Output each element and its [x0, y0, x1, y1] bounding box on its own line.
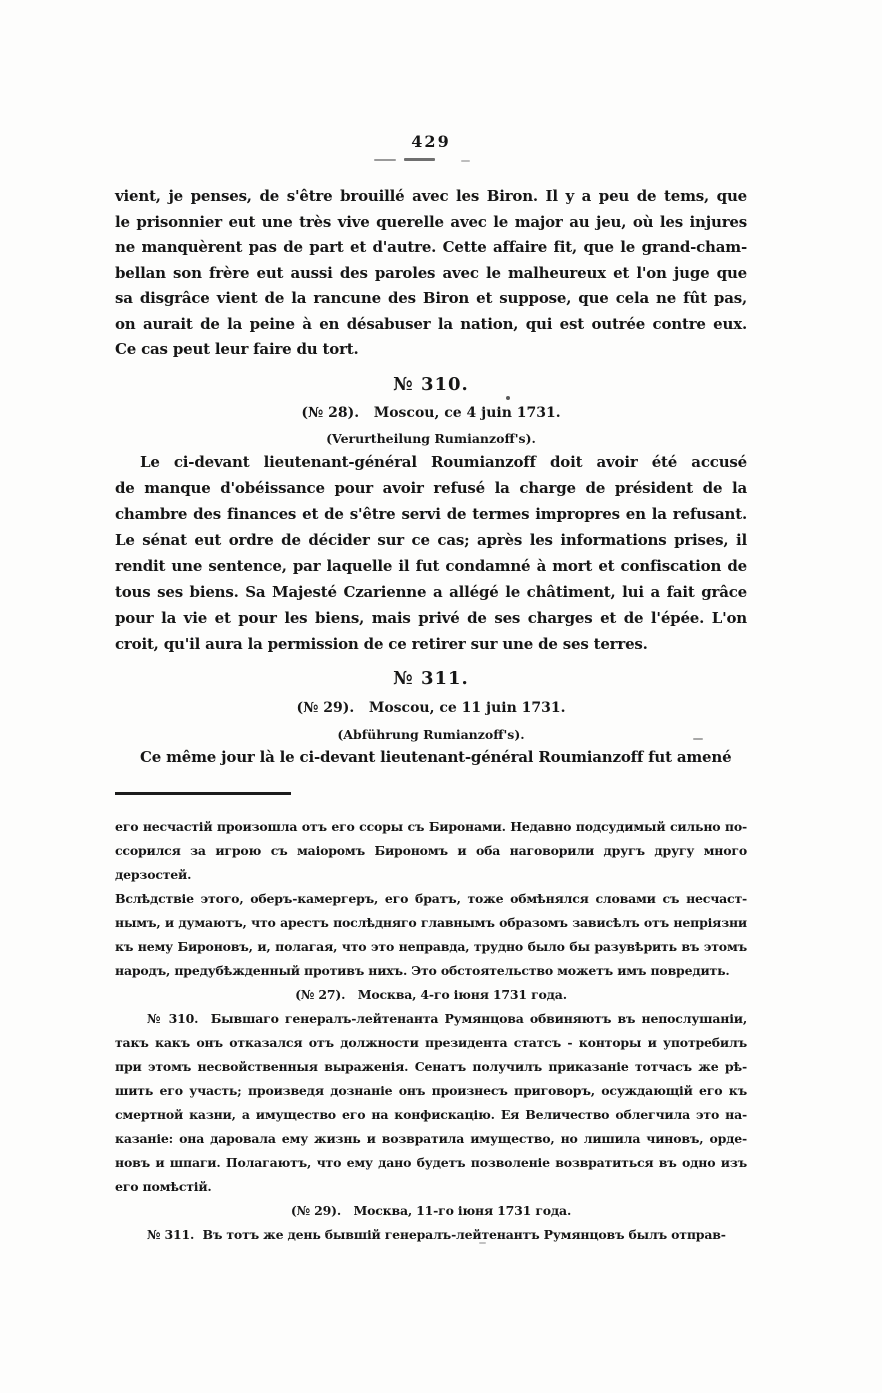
text-line: de manque d'obéissance pour avoir refusé…: [115, 475, 747, 501]
page-number: 429: [115, 132, 747, 151]
text-line: Ce cas peut leur faire du tort.: [115, 337, 747, 363]
document-310-subject: (Verurtheilung Rumianzoff's).: [115, 431, 747, 446]
text-line: rendit une sentence, par laquelle il fut…: [115, 553, 747, 579]
intro-paragraph-continuation: vient, je penses, de s'être brouillé ave…: [115, 184, 747, 363]
text-line: казаніе: она даровала ему жизнь и возвра…: [115, 1127, 747, 1151]
text-line: его несчастій произошла отъ его ссоры съ…: [115, 815, 747, 839]
footnote-310-paragraph: № 310. Бывшаго генералъ-лейтенанта Румян…: [115, 1007, 747, 1199]
text-line: Вслѣдствіе этого, оберъ-камергеръ, его б…: [115, 887, 747, 911]
document-310-dateline: (№ 28). Moscou, ce 4 juin 1731.: [115, 405, 747, 421]
text-line: sa disgrâce vient de la rancune des Biro…: [115, 286, 747, 312]
text-line: tous ses biens. Sa Majesté Czarienne a a…: [115, 579, 747, 605]
text-line: pour la vie et pour les biens, mais priv…: [115, 605, 747, 631]
text-line: такъ какъ онъ отказался отъ должности пр…: [115, 1031, 747, 1055]
footnote-311-paragraph: № 311. Въ тотъ же день бывшій генералъ-л…: [115, 1223, 747, 1247]
text-line: его помѣстій.: [115, 1175, 747, 1199]
print-artifact: [461, 160, 470, 162]
text-line: къ нему Бироновъ, и, полагая, что это не…: [115, 935, 747, 959]
print-artifact: [374, 159, 396, 161]
footnote-311-dateline: (№ 29). Москва, 11-го іюня 1731 года.: [115, 1199, 747, 1223]
text-line: ссорился за игрою съ маіоромъ Бирономъ и…: [115, 839, 747, 887]
text-line: croit, qu'il aura la permission de ce re…: [115, 631, 747, 657]
text-line: новъ и шпаги. Полагаютъ, что ему дано бу…: [115, 1151, 747, 1175]
text-line: народъ, предубѣжденный противъ нихъ. Это…: [115, 959, 747, 983]
text-line: нымъ, и думаютъ, что арестъ послѣдняго г…: [115, 911, 747, 935]
footnote-310-dateline: (№ 27). Москва, 4-го іюня 1731 года.: [115, 983, 747, 1007]
footnotes-section: его несчастій произошла отъ его ссоры съ…: [115, 815, 747, 1247]
text-line: ne manquèrent pas de part et d'autre. Ce…: [115, 235, 747, 261]
document-310-heading: № 310.: [115, 374, 747, 395]
text-line: № 310. Бывшаго генералъ-лейтенанта Румян…: [115, 1007, 747, 1031]
text-line: Le ci-devant lieutenant-général Roumianz…: [115, 449, 747, 475]
print-artifact: [506, 396, 510, 400]
text-line: bellan son frère eut aussi des paroles a…: [115, 261, 747, 287]
text-line: on aurait de la peine à en désabuser la …: [115, 312, 747, 338]
text-line: шить его участь; произведя дознаніе онъ …: [115, 1079, 747, 1103]
text-line: № 311. Въ тотъ же день бывшій генералъ-л…: [115, 1223, 747, 1247]
book-page: 429 vient, je penses, de s'être brouillé…: [0, 0, 882, 1393]
text-line: chambre des finances et de s'être servi …: [115, 501, 747, 527]
document-311-heading: № 311.: [115, 668, 747, 689]
text-line: le prisonnier eut une très vive querelle…: [115, 210, 747, 236]
text-line: смертной казни, а имущество его на конфи…: [115, 1103, 747, 1127]
text-line: при этомъ несвойственныя выраженія. Сена…: [115, 1055, 747, 1079]
document-311-paragraph: Ce même jour là le ci-devant lieutenant-…: [115, 745, 747, 771]
text-line: Ce même jour là le ci-devant lieutenant-…: [115, 745, 747, 771]
print-artifact: [404, 158, 435, 161]
text-line: vient, je penses, de s'être brouillé ave…: [115, 184, 747, 210]
footnote-continuation: его несчастій произошла отъ его ссоры съ…: [115, 815, 747, 983]
document-311-subject: (Abführung Rumianzoff's).: [115, 727, 747, 742]
document-310-paragraph: Le ci-devant lieutenant-général Roumianz…: [115, 449, 747, 657]
footnote-separator-rule: [115, 792, 291, 795]
document-311-dateline: (№ 29). Moscou, ce 11 juin 1731.: [115, 700, 747, 716]
text-line: Le sénat eut ordre de décider sur ce cas…: [115, 527, 747, 553]
